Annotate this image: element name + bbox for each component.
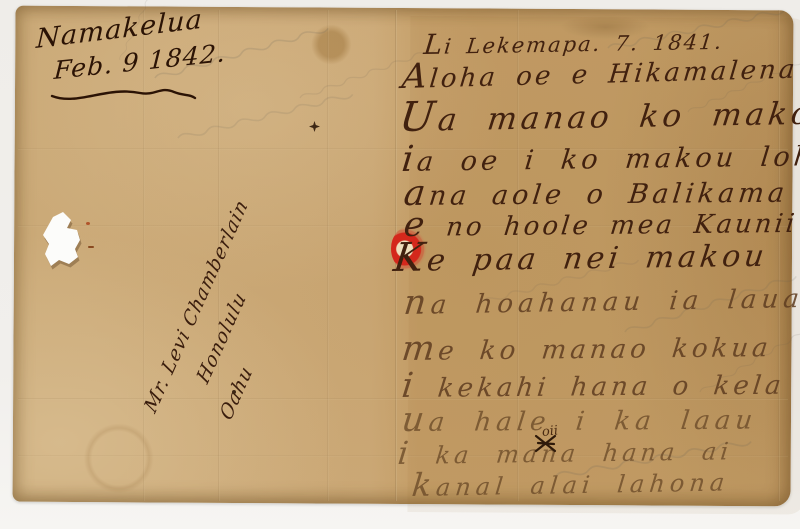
scanned-letter-photo: Namakelua Feb. 9 1842. Mr. Levi Chamberl…: [0, 0, 800, 529]
ink-speck: [232, 390, 236, 394]
letter-line: na hoahanau ia laua: [402, 276, 800, 323]
flourish-underline: [48, 84, 198, 106]
paper-blemish: [88, 246, 94, 248]
inserted-word: oii: [541, 423, 559, 440]
letter-line: Ua manao ko makou: [397, 85, 800, 141]
letter-line: kanal alai lahona: [410, 462, 731, 504]
letter-line: Ke paa nei makou: [391, 230, 771, 281]
paper-blemish: [86, 222, 90, 225]
